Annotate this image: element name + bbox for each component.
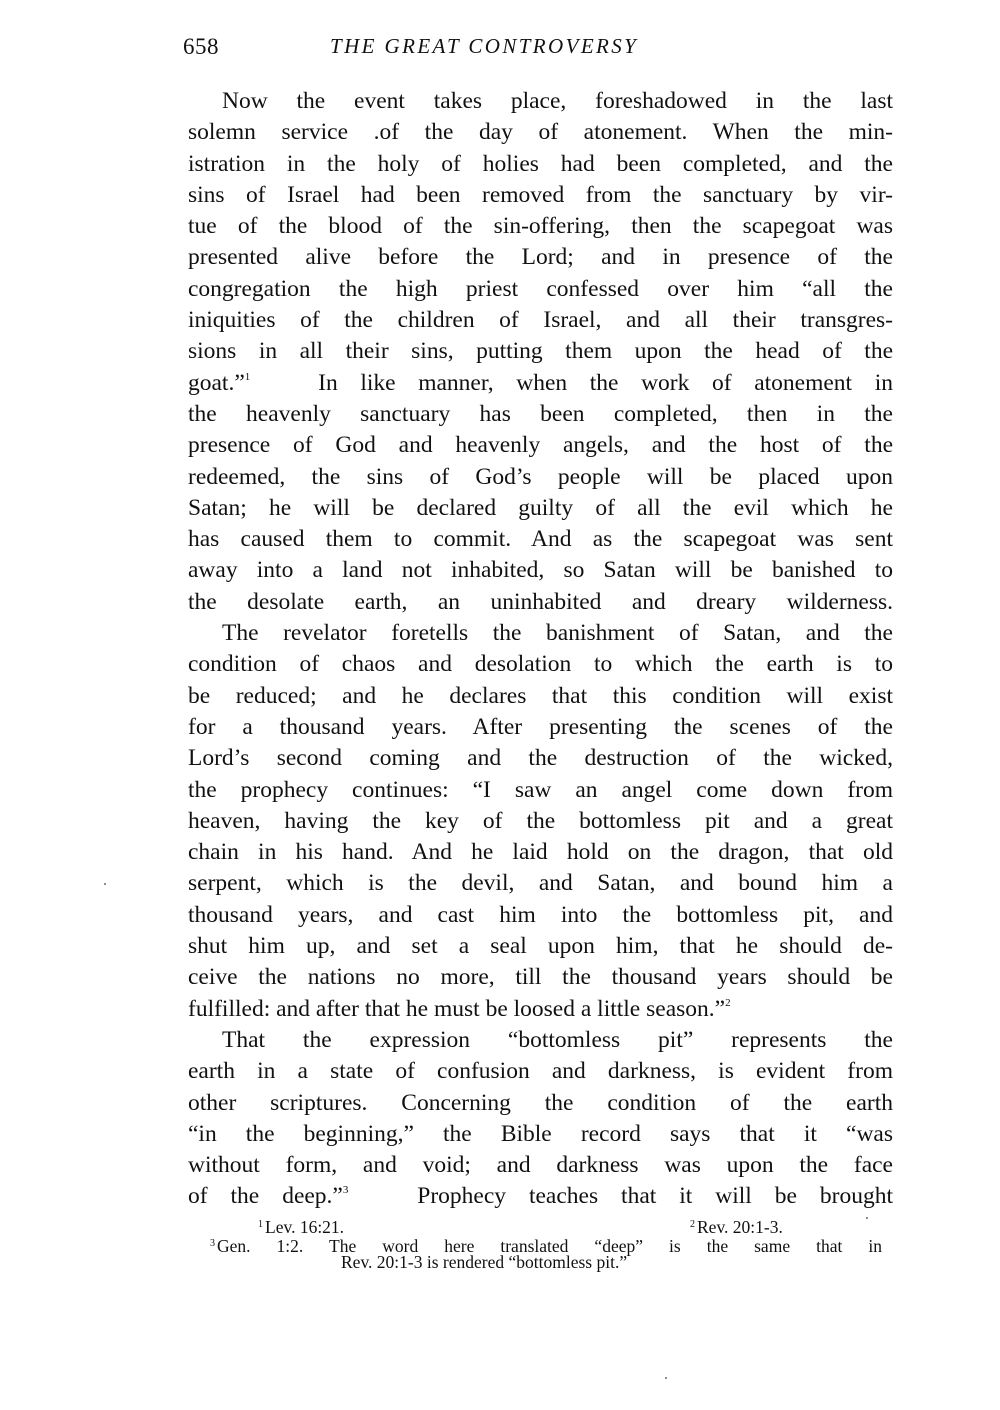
text-line: tue of the blood of the sin-offering, th… [188, 211, 893, 242]
text-line: istration in the holy of holies had been… [188, 149, 893, 180]
text-line: for a thousand years. After presenting t… [188, 712, 893, 743]
text-line: “in the beginning,” the Bible record say… [188, 1119, 893, 1150]
text-line: be reduced; and he declares that this co… [188, 681, 893, 712]
footnote-row: 3Gen. 1:2. The word here translated “dee… [210, 1234, 885, 1253]
text-line: Satan; he will be declared guilty of all… [188, 493, 893, 524]
text-line: presence of God and heavenly angels, and… [188, 430, 893, 461]
text-line: earth in a state of confusion and darkne… [188, 1056, 893, 1087]
text-line-with-footnote: of the deep.”3 Prophecy teaches that it … [188, 1181, 893, 1212]
text-line-with-footnote: goat.”1 In like manner, when the work of… [188, 368, 893, 399]
text-line: serpent, which is the devil, and Satan, … [188, 868, 893, 899]
footnote-mark: 3 [210, 1238, 215, 1249]
text-line: the heavenly sanctuary has been complete… [188, 399, 893, 430]
text-line: sions in all their sins, putting them up… [188, 336, 893, 367]
text-line: solemn service .of the day of atonement.… [188, 117, 893, 148]
text-line: without form, and void; and darkness was… [188, 1150, 893, 1181]
line-segment: of the deep.” [188, 1183, 343, 1209]
text-line-with-footnote: fulfilled: and after that he must be loo… [188, 994, 893, 1025]
line-segment: fulfilled: and after that he must be loo… [188, 996, 725, 1022]
text-line: chain in his hand. And he laid hold on t… [188, 837, 893, 868]
text-line: condition of chaos and desolation to whi… [188, 649, 893, 680]
book-page: 658 THE GREAT CONTROVERSY Now the event … [0, 0, 1000, 1410]
page-number: 658 [183, 34, 219, 60]
book-title: THE GREAT CONTROVERSY [330, 34, 638, 59]
text-line: other scriptures. Concerning the conditi… [188, 1088, 893, 1119]
text-line: thousand years, and cast him into the bo… [188, 900, 893, 931]
footnote-mark: 1 [258, 1219, 263, 1230]
text-line: redeemed, the sins of God’s people will … [188, 462, 893, 493]
text-line: sins of Israel had been removed from the… [188, 180, 893, 211]
text-line: shut him up, and set a seal upon him, th… [188, 931, 893, 962]
text-line: the desolate earth, an uninhabited and d… [188, 587, 893, 618]
text-line: Lord’s second coming and the destruction… [188, 743, 893, 774]
scan-speck [866, 1217, 868, 1219]
text-line: has caused them to commit. And as the sc… [188, 524, 893, 555]
text-line: That the expression “bottomless pit” rep… [188, 1025, 893, 1056]
line-segment: In like manner, when the work of atoneme… [318, 370, 893, 396]
footnote-row: Rev. 20:1-3 is rendered “bottomless pit.… [210, 1253, 885, 1272]
text-line: the prophecy continues: “I saw an angel … [188, 775, 893, 806]
text-line: iniquities of the children of Israel, an… [188, 305, 893, 336]
text-line: congregation the high priest confessed o… [188, 274, 893, 305]
footnotes: 1Lev. 16:21. 2Rev. 20:1-3. 3Gen. 1:2. Th… [210, 1215, 885, 1272]
footnote-mark: 2 [690, 1219, 695, 1230]
text-line: presented alive before the Lord; and in … [188, 242, 893, 273]
footnote-marker: 1 [245, 371, 251, 383]
text-line: The revelator foretells the banishment o… [188, 618, 893, 649]
text-line: away into a land not inhabited, so Satan… [188, 555, 893, 586]
text-line: heaven, having the key of the bottomless… [188, 806, 893, 837]
scan-speck [665, 1377, 667, 1379]
footnote-3-continuation: Rev. 20:1-3 is rendered “bottomless pit.… [341, 1253, 627, 1272]
footnote-marker: 2 [725, 997, 731, 1009]
text-line: Now the event takes place, foreshadowed … [188, 86, 893, 117]
line-segment: Prophecy teaches that it will be brought [417, 1183, 893, 1209]
scan-speck [104, 883, 106, 885]
line-segment: goat.” [188, 370, 245, 396]
body-text: Now the event takes place, foreshadowed … [188, 86, 893, 1213]
text-line: ceive the nations no more, till the thou… [188, 962, 893, 993]
footnote-row: 1Lev. 16:21. 2Rev. 20:1-3. [210, 1215, 885, 1234]
footnote-marker: 3 [343, 1184, 349, 1196]
running-head: 658 THE GREAT CONTROVERSY [183, 34, 903, 64]
